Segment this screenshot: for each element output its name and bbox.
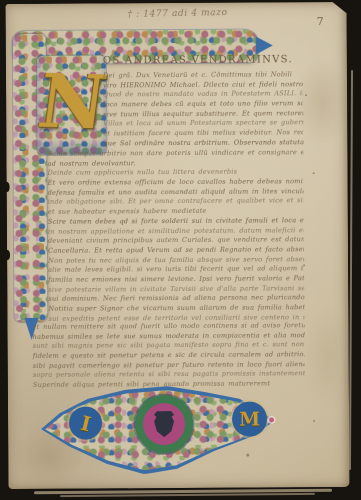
manuscript-line: que Sal ordinäre nostra arbitrium. Obser… xyxy=(103,138,303,149)
bottom-ornament: I M xyxy=(41,385,276,474)
text-block-beside-border: Salus semper arbitrio non dare poteris u… xyxy=(47,148,304,324)
folio-number: 7 xyxy=(317,15,324,28)
parchment-page: † : 1477 adi 4 mazo 7 N OS ANDREAS VENDR… xyxy=(6,2,350,489)
border-flourish-tip xyxy=(256,36,273,54)
manuscript-line: loco manere debes cũ equis et toto uno f… xyxy=(103,99,303,110)
manuscript-line: Dei grã. Dux Venetiarũ et c. Cõmittimus … xyxy=(103,70,303,81)
coat-of-arms-crest xyxy=(154,411,174,437)
flower-ornament xyxy=(269,417,274,422)
manuscript-line: sui dominium. Nec fieri remissionis ad a… xyxy=(48,294,304,305)
foxing-speck xyxy=(313,172,315,174)
coat-of-arms-medallion xyxy=(135,395,193,453)
manuscript-photo: { "photo": { "background_color": "#17130… xyxy=(0,0,361,500)
date-inscription: † : 1477 adi 4 mazo xyxy=(92,7,264,20)
manuscript-line: deveniant civium principibus autem Curia… xyxy=(48,235,304,246)
manuscript-line: et iustitiam facere quam tibi melius vid… xyxy=(103,128,303,139)
manuscript-line: et sue habeatur expensis habere medietat… xyxy=(48,206,304,217)
manuscript-line: fidelem e questo sit ponetur petens e si… xyxy=(33,350,305,361)
manuscript-line: Et vero ordine extensa officium de loco … xyxy=(48,177,304,188)
damaged-corner xyxy=(330,1,348,14)
manuscript-line: alie male leves eligibil. si vero iuris … xyxy=(48,264,304,275)
text-block-full-width: et nullam remittere sit quod fuerit ullo… xyxy=(32,321,304,390)
gold-letter-M: M xyxy=(239,408,260,430)
heading-text: OS ANDREAS VENDRAMINVS. xyxy=(103,54,313,66)
deckle-edge-notch xyxy=(5,250,10,260)
foxing-speck xyxy=(313,420,315,422)
stain xyxy=(303,302,354,412)
gold-letter-I: I xyxy=(78,410,93,436)
medallion-initial-I: I xyxy=(69,406,102,439)
medallion-initial-M: M xyxy=(232,401,267,436)
text-block-beside-initial: Dei grã. Dux Venetiarũ et c. Cõmittimus … xyxy=(103,70,303,149)
manuscript-line: Salus semper arbitrio non dare poteris u… xyxy=(47,148,303,159)
illuminated-initial-N: N xyxy=(33,64,110,140)
manuscript-line: et nullam remittere sit quod fuerit ullo… xyxy=(32,321,304,332)
illuminated-initial-panel: N xyxy=(37,55,107,154)
page-stack-edge xyxy=(349,70,353,470)
foxing-speck xyxy=(305,94,307,96)
deckle-edge-notch xyxy=(5,182,10,192)
